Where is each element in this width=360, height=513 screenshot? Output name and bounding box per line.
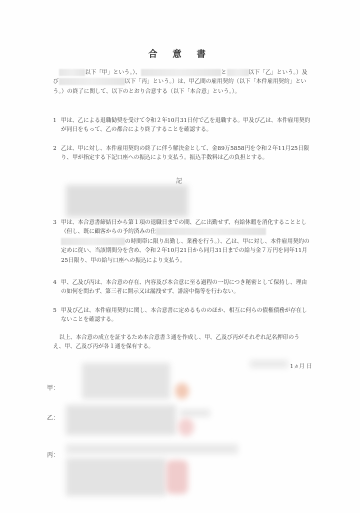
preamble-text-1: 以下「甲」という。）、	[85, 70, 141, 76]
clause-text: 甲は、乙による退職勧奨を受けて令和２年10月31日付で乙を退職する。甲及び乙は、…	[61, 118, 310, 133]
clause-number: 3	[53, 219, 57, 228]
redacted-name-hei	[59, 78, 125, 85]
clause-4: 4 甲、乙及び丙は、本合意の存在、内容及び本合意に至る過程の一切につき秘密として…	[53, 279, 311, 298]
clause-text: 甲及び乙は、本件雇用契約に関し、本合意書に定めるもののほか、相互に何らの債権債務…	[61, 308, 307, 323]
redacted-bank-account	[66, 185, 188, 217]
date-suffix: 1ヵ月 日	[290, 362, 312, 370]
clause-3: 3 甲は、本合意書締結日から第１項の退職日までの間、乙に出勤せず、有給休暇を消化…	[53, 219, 311, 266]
clause-2: 2 乙は、甲に対し、本件雇用契約の終了に伴う解決金として、金89万5858円を令…	[53, 145, 311, 164]
clause-1: 1 甲は、乙による退職勧奨を受けて令和２年10月31日付で乙を退職する。甲及び乙…	[53, 117, 311, 136]
document-page: 合 意 書 以下「甲」という。）、と以下「乙」という。）及び以下「丙」という。）…	[0, 0, 360, 513]
redacted-signatory-otsu-title	[180, 409, 210, 417]
redacted-name-kou	[59, 69, 85, 76]
redacted-text	[61, 238, 125, 245]
clause-text: 乙は、甲に対し、本件雇用契約の終了に伴う解決金として、金89万5858円を令和２…	[61, 146, 309, 161]
signatory-hei-label: 丙：	[47, 450, 59, 459]
redacted-text	[156, 228, 266, 235]
clause-number: 1	[53, 117, 57, 126]
ki-label: 記	[176, 176, 182, 185]
redacted-name-otsu	[141, 69, 221, 76]
redacted-signatory-hei-address	[66, 444, 238, 454]
clause-5: 5 甲及び乙は、本件雇用契約に関し、本合意書に定めるもののほか、相互に何らの債権…	[53, 307, 311, 326]
redacted-signatory-kou	[82, 363, 170, 399]
signatory-otsu-label: 乙：	[47, 413, 59, 422]
clause-text: 甲、乙及び丙は、本合意の存在、内容及び本合意に至る過程の一切につき秘密として保持…	[61, 280, 307, 295]
signatory-kou-label: 甲：	[47, 383, 59, 392]
redacted-name-otsu-rep	[227, 69, 249, 76]
clause-number: 2	[53, 145, 57, 154]
redacted-signatory-hei	[66, 458, 166, 496]
redacted-date	[250, 360, 288, 368]
clause-number: 4	[53, 279, 57, 288]
seal-hei	[166, 460, 188, 494]
redacted-signatory-otsu	[66, 405, 176, 435]
preamble-text-3: 以下「乙」	[249, 70, 277, 76]
seal-otsu	[178, 418, 194, 436]
closing-paragraph: 以上、本合意の成立を証するため本合意書３通を作成し、甲、乙及び丙がそれぞれ記名押…	[53, 334, 311, 353]
preamble: 以下「甲」という。）、と以下「乙」という。）及び以下「丙」という。）は、甲乙間の…	[53, 69, 311, 97]
document-title: 合 意 書	[0, 47, 360, 60]
clause-number: 5	[53, 307, 57, 316]
seal-kou	[175, 383, 189, 399]
